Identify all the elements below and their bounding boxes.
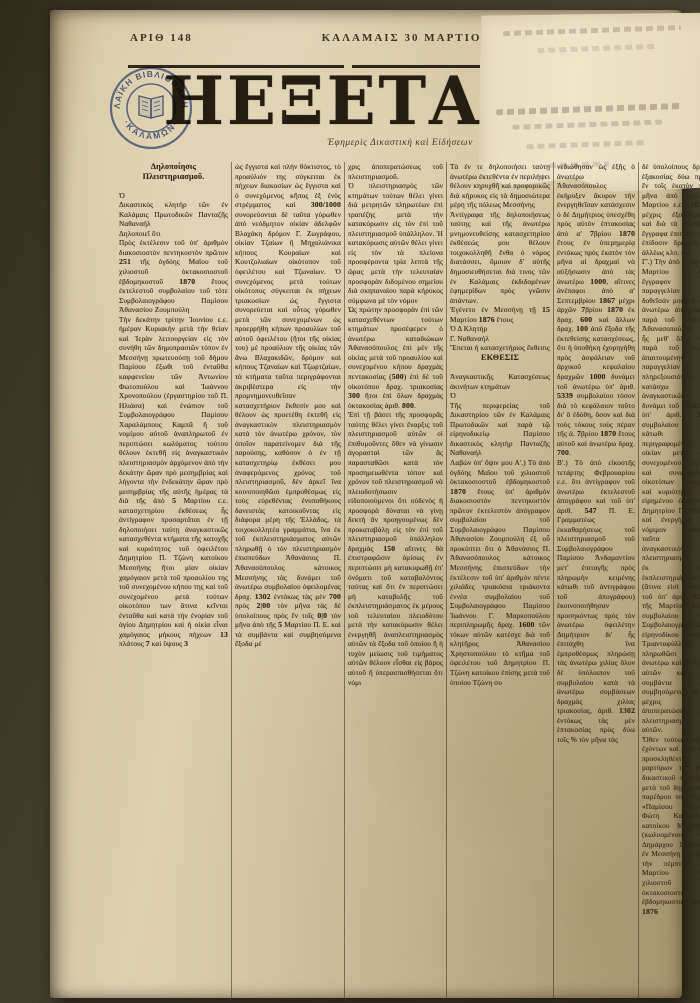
- svg-text:·ΚΑΛΑΜΩΝ·: ·ΚΑΛΑΜΩΝ·: [122, 118, 181, 141]
- dateline: ΚΑΛΑΜΑΙΣ 30 ΜΑΡΤΙΟΥ: [322, 32, 492, 44]
- column-6: δὲ ὑπολοίπους δραχ. ἑξακοσίας δύω πρὸς ἓ…: [639, 162, 700, 1002]
- faded-print-line: [512, 120, 662, 130]
- faded-print-line: [527, 140, 645, 149]
- scanned-newspaper-photo: { "masthead": { "issue_label": "ΑΡΙΘ 148…: [0, 0, 700, 1003]
- newspaper-page: ΑΡΙΘ 148 ΚΑΛΑΜΑΙΣ 30 ΜΑΡΤΙΟΥ 1876 ΗΕΞΕΤΑ…: [50, 10, 682, 998]
- library-stamp: ΛΑΪΚΗ ΒΙΒΛΙΟΘΗΚΗ ·ΚΑΛΑΜΩΝ·: [108, 65, 194, 151]
- column-1: Δηλοποίησις Πλειστηριασμοῦ. Ὁ Δικαστικὸς…: [116, 162, 232, 1002]
- column-3-text: χρις ἀποπερατώσεως τοῦ πλειστηριασμοῦ. Ὁ…: [348, 162, 443, 687]
- faded-print-line: [503, 25, 681, 36]
- column-5: νεδιώθησαν ὡς ἑξῆς ὁ ἀνωτέρω Ἀθανασόπουλ…: [554, 162, 639, 1002]
- issue-number: ΑΡΙΘ 148: [130, 32, 193, 44]
- column-3: χρις ἀποπερατώσεως τοῦ πλειστηριασμοῦ. Ὁ…: [345, 162, 447, 1002]
- column-1-text: Δηλοποίησις Πλειστηριασμοῦ. Ὁ Δικαστικὸς…: [119, 162, 228, 649]
- column-4: Τὰ ἐν τε δηλοποιήσει ταύτῃ ἀνωτέρω ἐκτεθ…: [447, 162, 554, 1002]
- stamp-text-bottom: ·ΚΑΛΑΜΩΝ·: [122, 118, 181, 141]
- open-book-icon: [139, 96, 163, 118]
- column-4-text: Τὰ ἐν τε δηλοποιήσει ταύτῃ ἀνωτέρω ἐκτεθ…: [450, 162, 550, 687]
- article-columns: Δηλοποίησις Πλειστηριασμοῦ. Ὁ Δικαστικὸς…: [116, 162, 700, 1002]
- column-6-text: δὲ ὑπολοίπους δραχ. ἑξακοσίας δύω πρὸς ἓ…: [642, 162, 700, 916]
- faded-print-line: [537, 44, 657, 53]
- column-5-text: νεδιώθησαν ὡς ἑξῆς ὁ ἀνωτέρω Ἀθανασόπουλ…: [557, 162, 635, 744]
- column-2: ὡς ἔγγιστα καὶ πλὴν θόκτιστος, τὸ προαύλ…: [232, 162, 345, 1002]
- faded-print-line: [496, 103, 682, 115]
- column-2-text: ὡς ἔγγιστα καὶ πλὴν θόκτιστος, τὸ προαύλ…: [235, 162, 341, 649]
